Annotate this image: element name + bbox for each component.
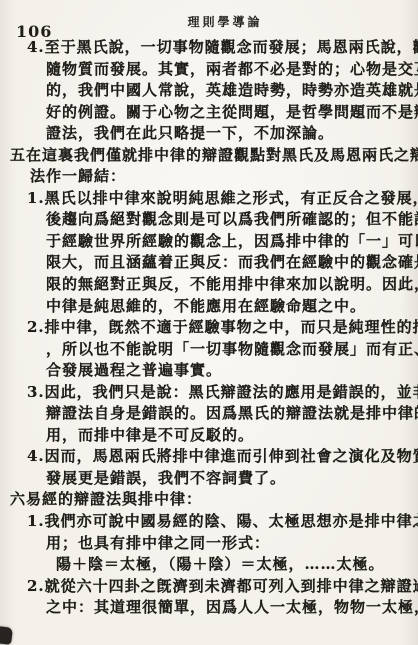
text-line: 限大，而且涵蘊着正與反：而我們在經驗中的觀念確是有	[0, 252, 412, 274]
text-line: 用；也具有排中律之同一形式：	[0, 533, 412, 555]
text-line: 2.排中律，旣然不適于經驗事物之中，而只是純理性的推理	[0, 317, 412, 339]
text-line: 五在這裏我們僅就排中律的辯證觀點對黑氏及馬恩兩氏之辯證	[0, 145, 412, 167]
text-line: 發展更是錯誤，我們不容詞費了。	[0, 468, 412, 490]
scan-smudge-mark	[0, 626, 13, 645]
text-line: 限的無絕對正與反，不能用排中律來加以說明。因此，排	[0, 274, 412, 296]
text-line: 陽＋陰＝太極，（陽＋陰）＝太極，……太極。	[0, 554, 412, 576]
text-line: ，所以也不能說明「一切事物隨觀念而發展」而有正、反	[0, 339, 412, 361]
text-line: 2.就從六十四卦之旣濟到未濟都可列入到排中律之辯證過程	[0, 576, 412, 598]
text-line: 4.至于黑氏說，一切事物隨觀念而發展；馬恩兩氏說，觀念	[0, 37, 412, 59]
text-line: 好的例證。關于心物之主從問題，是哲學問題而不是辯	[0, 102, 412, 124]
text-line: 法作一歸結：	[0, 166, 412, 188]
text-line: 證法，我們在此只略提一下，不加深論。	[0, 123, 412, 145]
text-line: 的，我們中國人常說，英雄造時勢，時勢亦造英雄就是最	[0, 80, 412, 102]
body-text: 4.至于黑氏說，一切事物隨觀念而發展；馬恩兩氏說，觀念隨物質而發展。其實，兩者都…	[0, 37, 412, 619]
book-page: 106 理則學導論 4.至于黑氏說，一切事物隨觀念而發展；馬恩兩氏說，觀念隨物質…	[0, 0, 418, 645]
text-line: 之中：其道理很簡單，因爲人人一太極，物物一太極，人	[0, 597, 412, 619]
text-line: 4.因而，馬恩兩氏將排中律進而引伸到社會之演化及物質之	[0, 446, 412, 468]
text-line: 于經驗世界所經驗的觀念上，因爲排中律的「一」可以無	[0, 231, 412, 253]
text-line: 用，而排中律是不可反駁的。	[0, 425, 412, 447]
text-line: 1.我們亦可說中國易經的陰、陽、太極思想亦是排中律之應	[0, 511, 412, 533]
text-line: 六易經的辯證法與排中律：	[0, 489, 412, 511]
text-line: 後趨向爲絕對觀念則是可以爲我們所確認的；但不能訴諸	[0, 209, 412, 231]
text-line: 辯證法自身是錯誤的。因爲黑氏的辯證法就是排中律的應	[0, 403, 412, 425]
text-line: 合發展過程之普遍事實。	[0, 360, 412, 382]
running-title: 理則學導論	[16, 13, 418, 30]
text-line: 1.黑氏以排中律來說明純思維之形式，有正反合之發展，最	[0, 188, 412, 210]
text-line: 中律是純思維的，不能應用在經驗命題之中。	[0, 296, 412, 318]
text-line: 3.因此，我們只是說：黑氏辯證法的應用是錯誤的，並非他	[0, 382, 412, 404]
text-line: 隨物質而發展。其實，兩者都不必是對的；心物是交互影響	[0, 59, 412, 81]
